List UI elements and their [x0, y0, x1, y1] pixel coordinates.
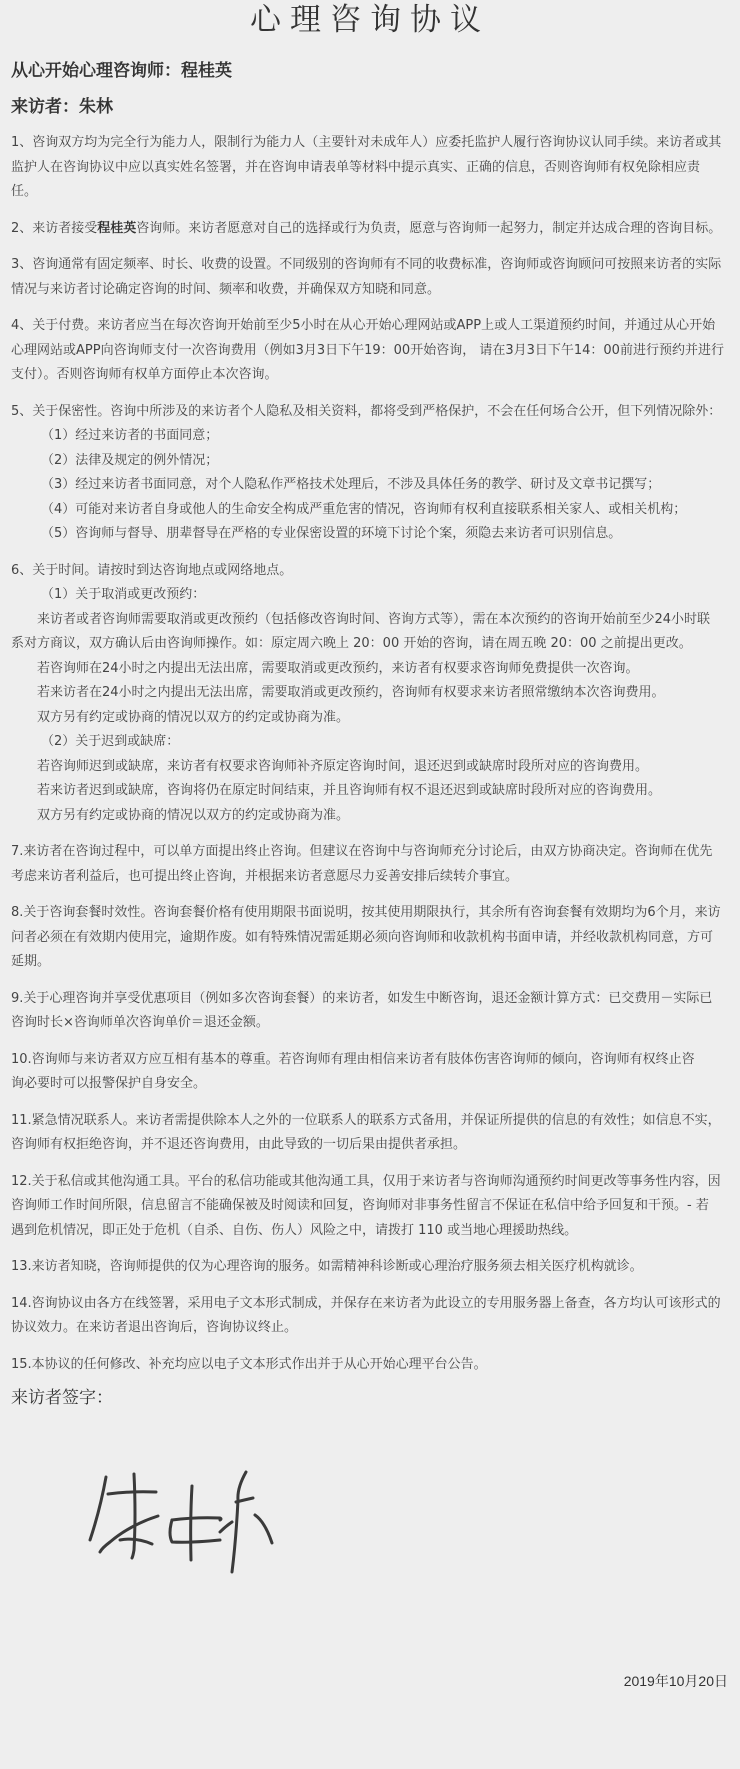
clause-11-line: 咨询师有权拒绝咨询，并不退还咨询费用，由此导致的一切后果由提供者承担。	[11, 1133, 731, 1158]
signature-label: 来访者签字：	[11, 1387, 113, 1409]
signing-date: 2019年10月20日	[624, 1671, 728, 1691]
counselor-name-highlight: 程桂英	[97, 221, 136, 236]
clause-1-line: 任。	[11, 180, 731, 205]
clause-1-line: 监护人在咨询协议中应以真实姓名签署，并在咨询申请表单等材料中提示真实、正确的信息…	[11, 156, 731, 181]
clause-1: 1、咨询双方均为完全行为能力人，限制行为能力人（主要针对未成年人）应委托监护人履…	[11, 131, 731, 205]
clause-5-item: （2）法律及规定的例外情况；	[11, 449, 731, 474]
clause-6-sub1-line: 双方另有约定或协商的情况以双方的约定或协商为准。	[11, 706, 731, 731]
clause-8: 8.关于咨询套餐时效性。咨询套餐价格有使用期限书面说明，按其使用期限执行，其余所…	[11, 901, 731, 975]
clause-12-line: 12.关于私信或其他沟通工具。平台的私信功能或其他沟通工具，仅用于来访者与咨询师…	[11, 1170, 731, 1195]
clause-12-line: 遇到危机情况，即正处于危机（自杀、自伤、伤人）风险之中，请拨打 110 或当地心…	[11, 1219, 731, 1244]
clause-12: 12.关于私信或其他沟通工具。平台的私信功能或其他沟通工具，仅用于来访者与咨询师…	[11, 1170, 731, 1244]
clause-3-line: 情况与来访者讨论确定咨询的时间、频率和收费，并确保双方知晓和同意。	[11, 278, 731, 303]
clause-2-line: 2、来访者接受程桂英咨询师。来访者愿意对自己的选择或行为负责，愿意与咨询师一起努…	[11, 217, 731, 242]
counselor-line: 从心开始心理咨询师：程桂英	[11, 60, 232, 82]
clause-14-line: 协议效力。在来访者退出咨询后，咨询协议终止。	[11, 1316, 731, 1341]
clause-2-suffix: 咨询师。来访者愿意对自己的选择或行为负责，愿意与咨询师一起努力，制定并达成合理的…	[136, 221, 721, 236]
clause-6: 6、关于时间。请按时到达咨询地点或网络地点。 （1）关于取消或更改预约： 来访者…	[11, 559, 731, 829]
clause-10: 10.咨询师与来访者双方应互相有基本的尊重。若咨询师有理由相信来访者有肢体伤害咨…	[11, 1048, 731, 1097]
clause-8-line: 问者必须在有效期内使用完，逾期作废。如有特殊情况需延期必须向咨询师和收款机构书面…	[11, 926, 731, 951]
clause-8-line: 延期。	[11, 950, 731, 975]
clause-12-line: 咨询师工作时间所限，信息留言不能确保被及时阅读和回复，咨询师对非事务性留言不保证…	[11, 1194, 731, 1219]
clause-6-sub1-line: 来访者或者咨询师需要取消或更改预约（包括修改咨询时间、咨询方式等），需在本次预约…	[11, 608, 731, 633]
clause-9-line: 咨询时长×咨询师单次咨询单价＝退还金额。	[11, 1011, 731, 1036]
clause-4: 4、关于付费。来访者应当在每次咨询开始前至少5小时在从心开始心理网站或APP上或…	[11, 314, 731, 388]
clause-7: 7.来访者在咨询过程中，可以单方面提出终止咨询。但建议在咨询中与咨询师充分讨论后…	[11, 840, 731, 889]
clause-13: 13.来访者知晓，咨询师提供的仅为心理咨询的服务。如需精神科诊断或心理治疗服务须…	[11, 1255, 731, 1280]
clause-11: 11.紧急情况联系人。来访者需提供除本人之外的一位联系人的联系方式备用，并保证所…	[11, 1109, 731, 1158]
clause-5-item: （1）经过来访者的书面同意；	[11, 424, 731, 449]
clause-2: 2、来访者接受程桂英咨询师。来访者愿意对自己的选择或行为负责，愿意与咨询师一起努…	[11, 217, 731, 242]
clause-4-line: 4、关于付费。来访者应当在每次咨询开始前至少5小时在从心开始心理网站或APP上或…	[11, 314, 731, 339]
clause-4-line: 支付）。否则咨询师有权单方面停止本次咨询。	[11, 363, 731, 388]
clause-2-prefix: 2、来访者接受	[11, 221, 97, 236]
clause-6-sub2-line: 若咨询师迟到或缺席，来访者有权要求咨询师补齐原定咨询时间，退还迟到或缺席时段所对…	[11, 755, 731, 780]
clause-14: 14.咨询协议由各方在线签署，采用电子文本形式制成，并保存在来访者为此设立的专用…	[11, 1292, 731, 1341]
clause-5-item: （5）咨询师与督导、朋辈督导在严格的专业保密设置的环境下讨论个案，须隐去来访者可…	[11, 522, 731, 547]
page-title: 心理咨询协议	[0, 0, 740, 40]
clause-15: 15.本协议的任何修改、补充均应以电子文本形式作出并于从心开始心理平台公告。	[11, 1353, 731, 1378]
clause-4-line: 心理网站或APP向咨询师支付一次咨询费用（例如3月3日下午19：00开始咨询， …	[11, 339, 731, 364]
handwritten-signature	[80, 1470, 310, 1590]
clause-6-sub1-line: 若来访者在24小时之内提出无法出席，需要取消或更改预约，咨询师有权要求来访者照常…	[11, 681, 731, 706]
clause-6-sub1-title: （1）关于取消或更改预约：	[11, 583, 731, 608]
clause-11-line: 11.紧急情况联系人。来访者需提供除本人之外的一位联系人的联系方式备用，并保证所…	[11, 1109, 731, 1134]
clause-6-sub1-line: 系对方商议，双方确认后由咨询师操作。如：原定周六晚上 20：00 开始的咨询，请…	[11, 632, 731, 657]
agreement-body: 1、咨询双方均为完全行为能力人，限制行为能力人（主要针对未成年人）应委托监护人履…	[11, 131, 731, 1389]
clause-10-line: 询必要时可以报警保护自身安全。	[11, 1072, 731, 1097]
visitor-line: 来访者：朱林	[11, 96, 113, 118]
clause-5-intro: 5、关于保密性。咨询中所涉及的来访者个人隐私及相关资料，都将受到严格保护，不会在…	[11, 400, 731, 425]
clause-5-item: （3）经过来访者书面同意，对个人隐私作严格技术处理后，不涉及具体任务的教学、研讨…	[11, 473, 731, 498]
signature-strokes-icon	[80, 1470, 310, 1590]
clause-15-line: 15.本协议的任何修改、补充均应以电子文本形式作出并于从心开始心理平台公告。	[11, 1353, 731, 1378]
clause-5: 5、关于保密性。咨询中所涉及的来访者个人隐私及相关资料，都将受到严格保护，不会在…	[11, 400, 731, 547]
clause-9: 9.关于心理咨询并享受优惠项目（例如多次咨询套餐）的来访者，如发生中断咨询，退还…	[11, 987, 731, 1036]
clause-7-line: 考虑来访者利益后，也可提出终止咨询，并根据来访者意愿尽力妥善安排后续转介事宜。	[11, 865, 731, 890]
clause-5-item: （4）可能对来访者自身或他人的生命安全构成严重危害的情况，咨询师有权利直接联系相…	[11, 498, 731, 523]
clause-10-line: 10.咨询师与来访者双方应互相有基本的尊重。若咨询师有理由相信来访者有肢体伤害咨…	[11, 1048, 731, 1073]
clause-6-sub1-line: 若咨询师在24小时之内提出无法出席，需要取消或更改预约，来访者有权要求咨询师免费…	[11, 657, 731, 682]
clause-1-line: 1、咨询双方均为完全行为能力人，限制行为能力人（主要针对未成年人）应委托监护人履…	[11, 131, 731, 156]
clause-7-line: 7.来访者在咨询过程中，可以单方面提出终止咨询。但建议在咨询中与咨询师充分讨论后…	[11, 840, 731, 865]
clause-6-sub2-title: （2）关于迟到或缺席：	[11, 730, 731, 755]
clause-3: 3、咨询通常有固定频率、时长、收费的设置。不同级别的咨询师有不同的收费标准，咨询…	[11, 253, 731, 302]
clause-13-line: 13.来访者知晓，咨询师提供的仅为心理咨询的服务。如需精神科诊断或心理治疗服务须…	[11, 1255, 731, 1280]
clause-8-line: 8.关于咨询套餐时效性。咨询套餐价格有使用期限书面说明，按其使用期限执行，其余所…	[11, 901, 731, 926]
clause-6-intro: 6、关于时间。请按时到达咨询地点或网络地点。	[11, 559, 731, 584]
clause-6-sub2-line: 双方另有约定或协商的情况以双方的约定或协商为准。	[11, 804, 731, 829]
clause-6-sub2-line: 若来访者迟到或缺席，咨询将仍在原定时间结束，并且咨询师有权不退还迟到或缺席时段所…	[11, 779, 731, 804]
clause-14-line: 14.咨询协议由各方在线签署，采用电子文本形式制成，并保存在来访者为此设立的专用…	[11, 1292, 731, 1317]
clause-3-line: 3、咨询通常有固定频率、时长、收费的设置。不同级别的咨询师有不同的收费标准，咨询…	[11, 253, 731, 278]
clause-9-line: 9.关于心理咨询并享受优惠项目（例如多次咨询套餐）的来访者，如发生中断咨询，退还…	[11, 987, 731, 1012]
